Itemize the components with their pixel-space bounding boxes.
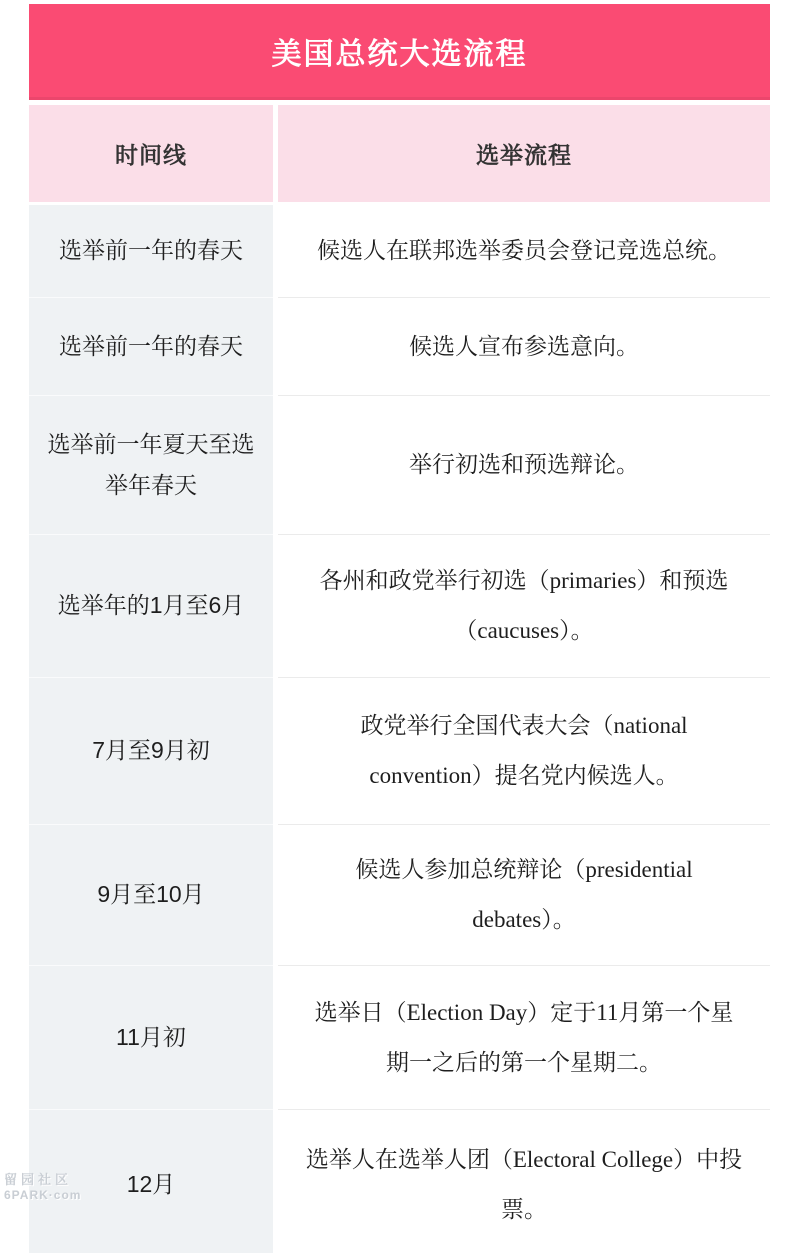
title-bar: 美国总统大选流程 <box>29 4 770 100</box>
timeline-cell: 9月至10月 <box>29 824 273 965</box>
site-watermark: 留园社区 6PARK·com <box>4 1172 94 1202</box>
table-body: 选举前一年的春天 候选人在联邦选举委员会登记竞选总统。 选举前一年的春天 候选人… <box>29 205 770 1253</box>
table-row: 11月初 选举日（Election Day）定于11月第一个星期一之后的第一个星… <box>29 965 770 1109</box>
column-header-timeline: 时间线 <box>29 105 273 202</box>
process-cell: 候选人在联邦选举委员会登记竞选总统。 <box>278 205 770 297</box>
infographic-sheet: 美国总统大选流程 时间线 选举流程 选举前一年的春天 候选人在联邦选举委员会登记… <box>0 0 800 1253</box>
process-cell: 候选人参加总统辩论（presidential debates）。 <box>278 824 770 965</box>
timeline-cell: 选举前一年的春天 <box>29 297 273 395</box>
watermark-text-cn: 留园社区 <box>4 1172 94 1188</box>
table-row: 选举前一年夏天至选举年春天 举行初选和预选辩论。 <box>29 395 770 534</box>
process-cell: 选举日（Election Day）定于11月第一个星期一之后的第一个星期二。 <box>278 965 770 1109</box>
table-row: 12月 选举人在选举人团（Electoral College）中投票。 <box>29 1109 770 1253</box>
process-cell: 政党举行全国代表大会（national convention）提名党内候选人。 <box>278 677 770 824</box>
timeline-cell: 选举前一年的春天 <box>29 205 273 297</box>
table-row: 选举前一年的春天 候选人在联邦选举委员会登记竞选总统。 <box>29 205 770 297</box>
table-header-row: 时间线 选举流程 <box>29 105 770 202</box>
table-row: 选举年的1月至6月 各州和政党举行初选（primaries）和预选（caucus… <box>29 534 770 677</box>
timeline-cell: 7月至9月初 <box>29 677 273 824</box>
process-cell: 各州和政党举行初选（primaries）和预选（caucuses）。 <box>278 534 770 677</box>
table-row: 7月至9月初 政党举行全国代表大会（national convention）提名… <box>29 677 770 824</box>
table-row: 选举前一年的春天 候选人宣布参选意向。 <box>29 297 770 395</box>
timeline-cell: 选举前一年夏天至选举年春天 <box>29 395 273 534</box>
timeline-cell: 11月初 <box>29 965 273 1109</box>
watermark-text-en: 6PARK·com <box>4 1188 94 1202</box>
page-title: 美国总统大选流程 <box>272 29 528 73</box>
table-row: 9月至10月 候选人参加总统辩论（presidential debates）。 <box>29 824 770 965</box>
process-cell: 候选人宣布参选意向。 <box>278 297 770 395</box>
process-cell: 选举人在选举人团（Electoral College）中投票。 <box>278 1109 770 1253</box>
process-cell: 举行初选和预选辩论。 <box>278 395 770 534</box>
timeline-cell: 选举年的1月至6月 <box>29 534 273 677</box>
column-header-process: 选举流程 <box>278 105 770 202</box>
